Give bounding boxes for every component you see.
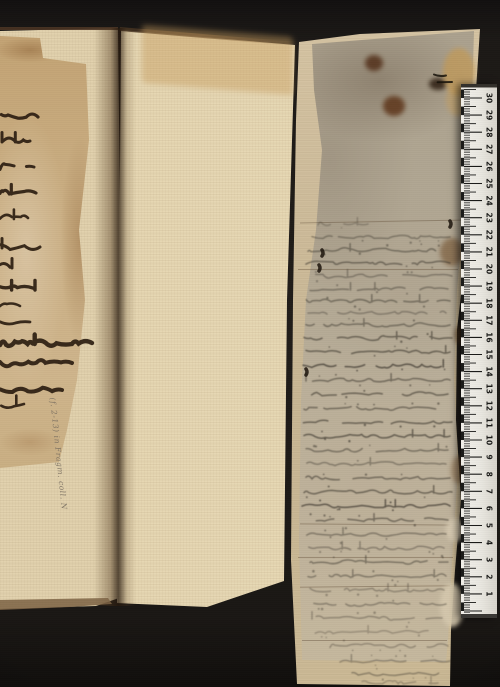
ruler-number: 29 xyxy=(485,110,494,120)
ruler-number: 13 xyxy=(485,383,494,393)
ruler-number: 2 xyxy=(485,574,494,579)
scribble-marks xyxy=(421,75,452,83)
ruler-number: 8 xyxy=(485,472,494,477)
ruler-number: 16 xyxy=(485,332,494,342)
ruler-number: 24 xyxy=(485,195,494,205)
ruler: 3029282726252423222120191817161514131211… xyxy=(461,84,497,618)
ruler-number: 7 xyxy=(485,489,494,494)
ruler-number: 22 xyxy=(485,230,494,240)
ruler-number: 12 xyxy=(485,401,494,411)
ruler-number: 3 xyxy=(485,557,494,562)
ruler-number: 26 xyxy=(485,161,494,171)
arabic-script-stubs xyxy=(0,114,92,408)
ruler-number: 30 xyxy=(485,93,494,103)
ruler-number: 28 xyxy=(485,127,494,137)
ruler-number: 27 xyxy=(485,144,494,154)
ruler-number: 25 xyxy=(485,178,494,188)
ruler-number: 10 xyxy=(485,435,494,445)
ruler-number: 21 xyxy=(485,247,494,257)
fragment-text-lines xyxy=(302,218,452,684)
ruler-number: 6 xyxy=(485,506,494,511)
ruler-number: 5 xyxy=(485,523,494,528)
ink-layer xyxy=(0,0,500,687)
ruler-number: 9 xyxy=(485,454,494,459)
ruler-number: 19 xyxy=(485,281,494,291)
ruler-scale: 3029282726252423222120191817161514131211… xyxy=(461,84,497,618)
ruler-number: 11 xyxy=(485,418,494,428)
ruler-number: 1 xyxy=(485,591,494,596)
ruler-number: 15 xyxy=(485,349,494,359)
ruler-number: 23 xyxy=(485,212,494,222)
manuscript-photo: (f. 2-13) in Fragm. coll. N 302928272625… xyxy=(0,0,500,687)
ruler-number: 17 xyxy=(485,315,494,325)
ruler-number: 20 xyxy=(485,264,494,274)
ruler-number: 14 xyxy=(485,366,494,376)
ruler-number: 18 xyxy=(485,298,494,308)
ruler-number: 4 xyxy=(485,540,494,545)
